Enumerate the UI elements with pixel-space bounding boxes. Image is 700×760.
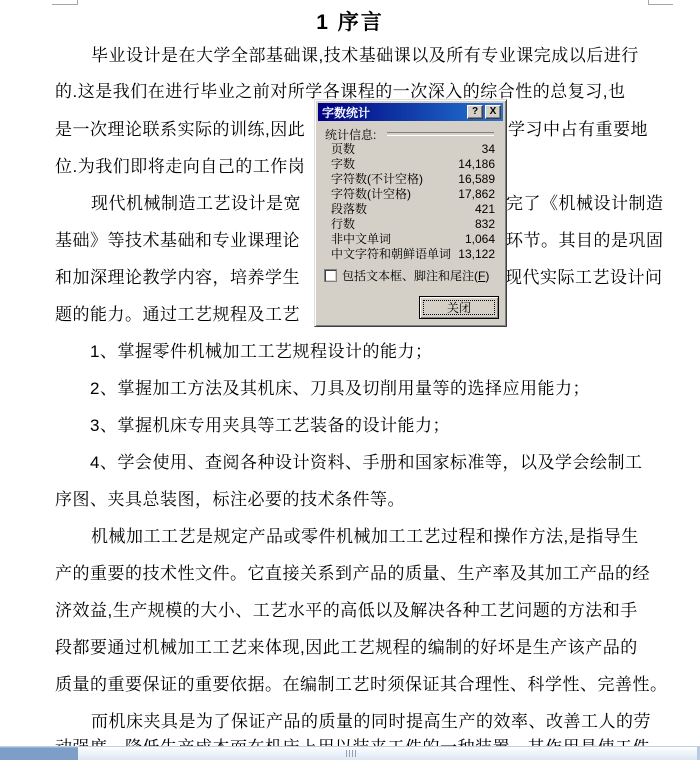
text-line: 毕业设计是在大学全部基础课,技术基础课以及所有专业课完成以后进行 xyxy=(91,46,639,66)
text-line: 济效益,生产规模的大小、工艺水平的高低以及解决各种工艺问题的方法和手 xyxy=(55,601,638,621)
stat-label: 行数 xyxy=(331,217,355,232)
stat-label: 页数 xyxy=(331,142,355,157)
stat-row: 段落数421 xyxy=(331,202,495,217)
stat-row: 字数14,186 xyxy=(331,157,495,172)
text-line: 4、学会使用、查阅各种设计资料、手册和国家标准等，以及学会绘制工 xyxy=(90,453,642,473)
stat-value: 16,589 xyxy=(458,172,495,187)
text-line: 产的重要的技术性文件。它直接关系到产品的质量、生产率及其加工产品的经 xyxy=(55,564,650,584)
margin-crop-mark-top-right-h xyxy=(648,4,673,5)
text-line: 环节。其目的是巩固 xyxy=(506,231,664,251)
group-separator-line xyxy=(387,132,494,136)
stat-label: 字符数(不计空格) xyxy=(331,172,423,187)
text-line: 现代实际工艺设计问 xyxy=(505,268,663,288)
stat-label: 字符数(计空格) xyxy=(331,187,411,202)
horizontal-scrollbar-track[interactable] xyxy=(0,746,700,760)
stat-row: 中文字符和朝鲜语单词13,122 xyxy=(331,247,495,262)
text-line: 完了《机械设计制造 xyxy=(506,194,664,214)
stat-value: 1,064 xyxy=(465,232,495,247)
text-line: 基础》等技术基础和专业课理论 xyxy=(55,231,300,251)
stat-value: 832 xyxy=(475,217,495,232)
stat-row: 字符数(不计空格)16,589 xyxy=(331,172,495,187)
help-icon[interactable]: ? xyxy=(467,105,483,119)
stat-row: 行数832 xyxy=(331,217,495,232)
stat-value: 17,862 xyxy=(458,187,495,202)
close-button-focus-rect: 关闭 xyxy=(423,300,495,315)
stat-row: 字符数(计空格)17,862 xyxy=(331,187,495,202)
statistics-group-label: 统计信息: xyxy=(325,126,376,143)
text-line: 而机床夹具是为了保证产品的质量的同时提高生产的效率、改善工人的劳 xyxy=(91,712,651,732)
text-line: 序图、夹具总装图，标注必要的技术条件等。 xyxy=(55,490,405,510)
text-line: 段都要通过机械加工工艺来体现,因此工艺规程的编制的好坏是生产该产品的 xyxy=(55,638,638,658)
stat-value: 13,122 xyxy=(458,247,495,262)
stat-row: 页数34 xyxy=(331,142,495,157)
close-icon[interactable]: X xyxy=(485,105,501,119)
text-line: 和加深理论教学内容，培养学生 xyxy=(55,268,300,288)
include-footnotes-row: 包括文本框、脚注和尾注(F) xyxy=(324,267,489,284)
text-line: 3、掌握机床专用夹具等工艺装备的设计能力； xyxy=(90,416,450,436)
scrollbar-grip-icon[interactable] xyxy=(346,750,356,757)
stat-value: 421 xyxy=(475,202,495,217)
close-button[interactable]: 关闭 xyxy=(419,296,499,319)
stat-label: 字数 xyxy=(331,157,355,172)
checkbox-label[interactable]: 包括文本框、脚注和尾注(F) xyxy=(342,267,489,284)
stat-row: 非中文单词1,064 xyxy=(331,232,495,247)
text-line: 1、掌握零件机械加工工艺规程设计的能力； xyxy=(90,342,432,362)
margin-crop-mark-top-left-v xyxy=(77,0,78,5)
stat-label: 段落数 xyxy=(331,202,367,217)
word-count-dialog: 字数统计 ? X 统计信息: 页数34字数14,186字符数(不计空格)16,5… xyxy=(314,99,507,327)
stats-list: 页数34字数14,186字符数(不计空格)16,589字符数(计空格)17,86… xyxy=(331,142,495,262)
text-line: 题的能力。通过工艺规程及工艺 xyxy=(55,305,300,325)
titlebar-buttons: ? X xyxy=(465,105,503,119)
text-line: 位.为我们即将走向自己的工作岗 xyxy=(55,157,305,177)
stat-label: 非中文单词 xyxy=(331,232,391,247)
stat-value: 34 xyxy=(482,142,495,157)
stat-value: 14,186 xyxy=(458,157,495,172)
scrollbar-left-pane xyxy=(0,747,78,760)
text-line: 是一次理论联系实际的训练,因此 xyxy=(55,120,305,140)
text-line: 质量的重要保证的重要依据。在编制工艺时须保证其合理性、科学性、完善性。 xyxy=(55,675,668,695)
include-footnotes-checkbox[interactable] xyxy=(324,269,337,282)
stat-label: 中文字符和朝鲜语单词 xyxy=(331,247,451,262)
document-heading: 1 序言 xyxy=(0,6,700,36)
dialog-titlebar[interactable]: 字数统计 ? X xyxy=(318,103,503,121)
dialog-title: 字数统计 xyxy=(322,104,370,121)
text-line: 现代机械制造工艺设计是宽 xyxy=(91,194,301,214)
text-line: 2、掌握加工方法及其机床、刀具及切削用量等的选择应用能力； xyxy=(90,379,590,399)
margin-crop-mark-top-left-h xyxy=(52,4,77,5)
text-line: 学习中占有重要地 xyxy=(508,120,648,140)
text-line: 机械加工工艺是规定产品或零件机械加工工艺过程和操作方法,是指导生 xyxy=(91,527,639,547)
margin-crop-mark-top-right-v xyxy=(648,0,649,5)
